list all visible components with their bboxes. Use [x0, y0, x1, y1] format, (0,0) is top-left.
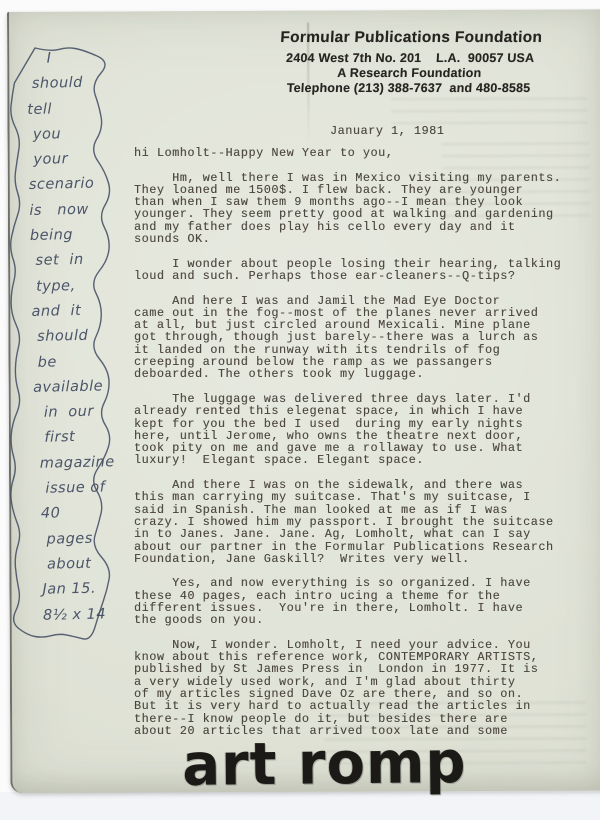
date-line: January 1, 1981	[330, 124, 444, 138]
bleed-through-text	[391, 97, 587, 126]
subtitle-line: A Research Foundation	[234, 66, 585, 81]
art-romp-stamp: art romp	[182, 733, 467, 796]
letter-body: hi Lomholt--Happy New Year to you, Hm, w…	[134, 147, 561, 737]
organization-name: Formular Publications Foundation	[236, 28, 587, 48]
address-line: 2404 West 7th No. 201 L.A. 90057 USA	[235, 51, 586, 66]
margin-note-text: I should tell you your scenario is now b…	[26, 45, 118, 628]
scanned-letter: Formular Publications Foundation 2404 We…	[0, 0, 600, 820]
letterhead: Formular Publications Foundation 2404 We…	[233, 28, 587, 96]
phone-line: Telephone (213) 388-7637 and 480-8585	[233, 81, 584, 96]
